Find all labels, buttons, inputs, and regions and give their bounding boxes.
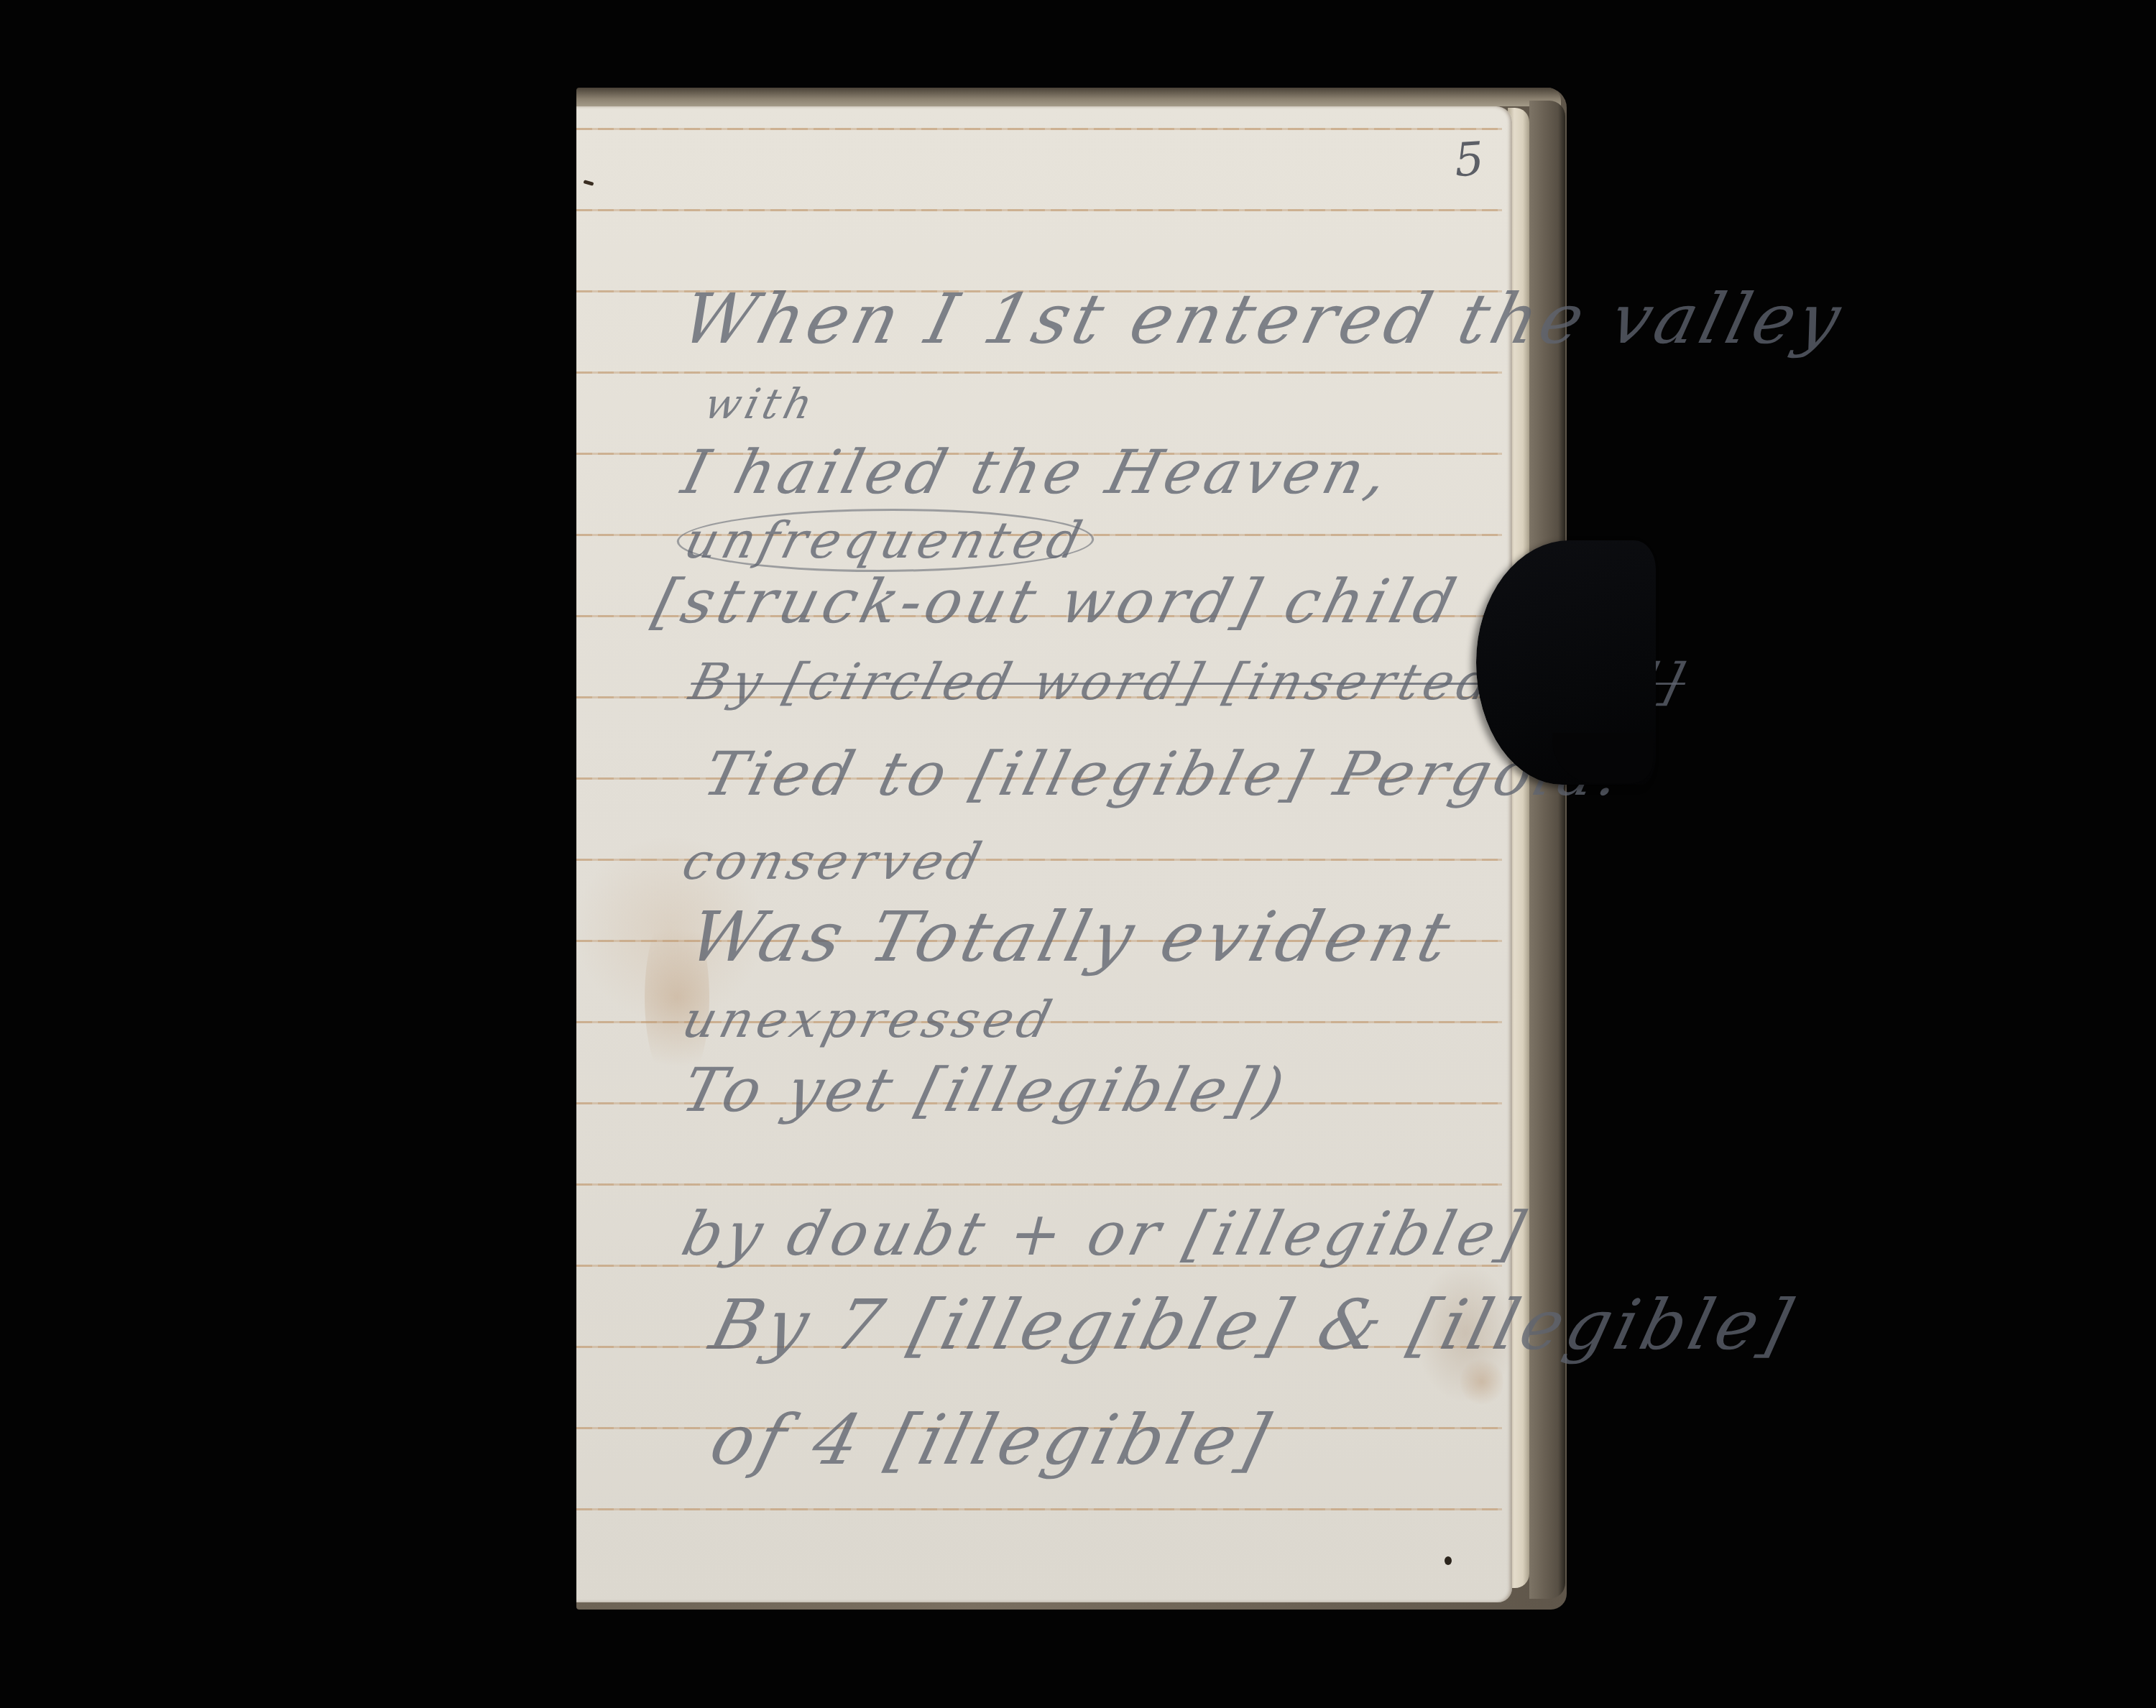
handwritten-line-3: I hailed the Heaven, <box>676 437 1400 507</box>
handwritten-line-14: of 4 [illegible] <box>703 1400 1281 1480</box>
handwritten-insert-unexpressed: unexpressed <box>677 990 1061 1049</box>
handwritten-insert-conserved: conserved <box>677 832 991 891</box>
handwritten-line-5: [struck-out word] child <box>647 566 1467 637</box>
ruled-line <box>576 1183 1502 1186</box>
handwritten-line-9: Was Totally evident <box>681 897 1462 977</box>
notebook-page: 5 When I 1st entered the valley with I h… <box>576 106 1512 1602</box>
page-number: 5 <box>1452 133 1485 188</box>
handwritten-line-1: When I 1st entered the valley <box>674 279 1853 359</box>
paper-speck <box>1445 1556 1452 1565</box>
handwritten-insert-circled: unfrequented <box>669 509 1102 572</box>
handwritten-line-2: with <box>700 379 822 428</box>
handwritten-line-11: To yet [illegible]) <box>676 1055 1295 1125</box>
ruled-line <box>576 371 1502 374</box>
handwritten-line-12: by doubt + or [illegible] <box>676 1199 1535 1269</box>
ruled-line <box>576 209 1502 211</box>
margin-ink-mark <box>584 180 594 185</box>
ruled-line <box>576 128 1502 130</box>
handwritten-line-7: Tied to [illegible] Pergola. <box>697 739 1632 809</box>
ruled-line <box>576 1508 1502 1510</box>
notebook-cover-top-edge <box>576 88 1561 106</box>
handwritten-line-13: By 7 [illegible] & [illegible] <box>703 1285 1803 1365</box>
